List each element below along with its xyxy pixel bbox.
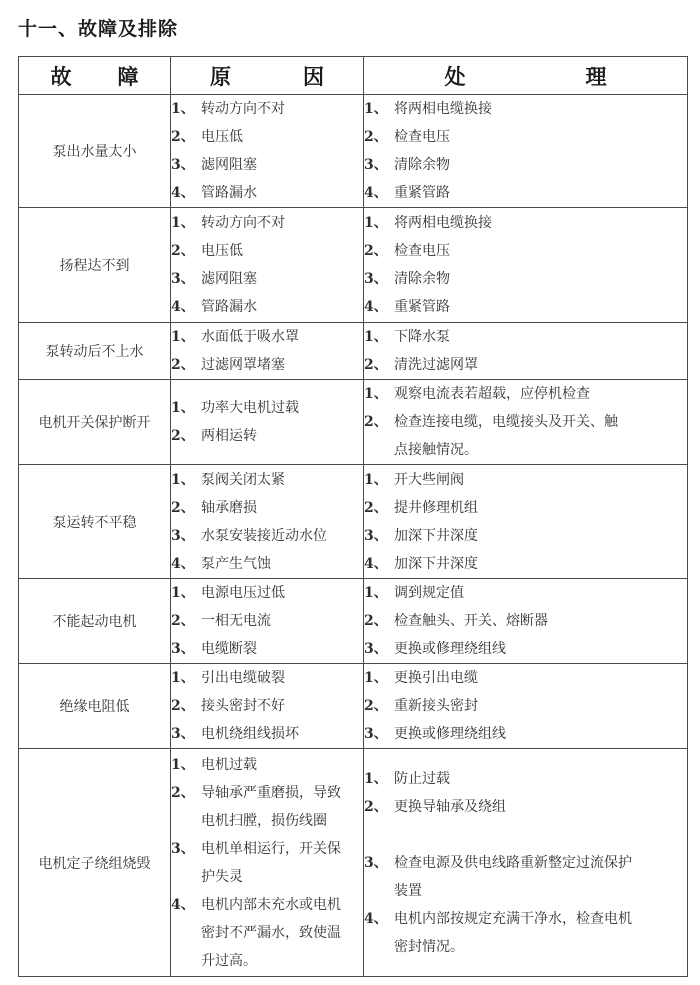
item-text: 清除余物 xyxy=(394,271,450,287)
item-number: 1、 xyxy=(364,664,394,692)
item-text: 加深下井深度 xyxy=(394,528,478,544)
table-row: 泵出水量太小1、转动方向不对2、电压低3、滤网阻塞4、管路漏水1、将两相电缆换接… xyxy=(19,95,688,208)
item-number: 2、 xyxy=(364,408,394,436)
item-number: 4、 xyxy=(364,550,394,578)
table-row: 泵转动后不上水1、水面低于吸水罩2、过滤网罩堵塞1、下降水泵2、清洗过滤网罩 xyxy=(19,323,688,380)
item-text: 电机扫膛，损伤线圈 xyxy=(171,807,363,835)
cause-item: 2、轴承磨损 xyxy=(171,494,363,522)
item-text: 电压低 xyxy=(201,129,243,145)
item-number: 1、 xyxy=(171,209,201,237)
cause-item: 1、转动方向不对 xyxy=(171,95,363,123)
item-number: 3、 xyxy=(171,835,201,863)
item-text: 开大些闸阀 xyxy=(394,472,464,488)
header-cause-char-1: 原 xyxy=(210,61,231,91)
remedy-cell: 1、更换引出电缆2、重新接头密封3、更换或修理绕组线 xyxy=(364,664,688,749)
item-text: 滤网阻塞 xyxy=(201,271,257,287)
remedy-item: 1、防止过载 xyxy=(364,765,687,793)
item-text: 水面低于吸水罩 xyxy=(201,329,299,345)
cause-item: 3、滤网阻塞 xyxy=(171,265,363,293)
remedy-cell: 1、观察电流表若超载，应停机检查2、检查连接电缆，电缆接头及开关、触点接触情况。 xyxy=(364,380,688,465)
table-header-row: 故障 原因 处理 xyxy=(19,57,688,95)
item-text: 检查电源及供电线路重新整定过流保护 xyxy=(394,855,632,871)
cause-item: 2、过滤网罩堵塞 xyxy=(171,351,363,379)
item-number: 4、 xyxy=(171,550,201,578)
item-text: 功率大电机过载 xyxy=(201,400,299,416)
cause-cell: 1、泵阀关闭太紧2、轴承磨损3、水泵安装接近动水位4、泵产生气蚀 xyxy=(171,465,364,579)
item-text: 过滤网罩堵塞 xyxy=(201,357,285,373)
item-text: 电机内部按规定充满干净水，检查电机 xyxy=(394,911,632,927)
item-text: 点接触情况。 xyxy=(364,436,687,464)
item-number: 3、 xyxy=(171,635,201,663)
item-text: 将两相电缆换接 xyxy=(394,101,492,117)
item-number: 2、 xyxy=(364,793,394,821)
item-text: 更换或修理绕组线 xyxy=(394,726,506,742)
fault-cell: 不能起动电机 xyxy=(19,579,171,664)
item-number: 1、 xyxy=(171,95,201,123)
item-text: 将两相电缆换接 xyxy=(394,215,492,231)
item-text: 电机绕组线损坏 xyxy=(201,726,299,742)
cause-item: 3、滤网阻塞 xyxy=(171,151,363,179)
item-number: 2、 xyxy=(171,237,201,265)
item-text: 两相运转 xyxy=(201,428,257,444)
item-number: 2、 xyxy=(364,607,394,635)
item-number: 3、 xyxy=(364,720,394,748)
cause-item: 1、电机过载 xyxy=(171,751,363,779)
item-text: 一相无电流 xyxy=(201,613,271,629)
table-row: 不能起动电机1、电源电压过低2、一相无电流3、电缆断裂1、调到规定值2、检查触头… xyxy=(19,579,688,664)
item-number: 2、 xyxy=(364,351,394,379)
remedy-item: 3、更换或修理绕组线 xyxy=(364,720,687,748)
remedy-item: 3、检查电源及供电线路重新整定过流保护装置 xyxy=(364,849,687,905)
fault-cell: 扬程达不到 xyxy=(19,208,171,323)
cause-item: 4、管路漏水 xyxy=(171,179,363,207)
cause-item: 1、水面低于吸水罩 xyxy=(171,323,363,351)
remedy-item: 4、重紧管路 xyxy=(364,179,687,207)
remedy-cell: 1、将两相电缆换接2、检查电压3、清除余物4、重紧管路 xyxy=(364,95,688,208)
item-number: 3、 xyxy=(364,151,394,179)
item-number: 2、 xyxy=(171,351,201,379)
remedy-item: 4、重紧管路 xyxy=(364,293,687,321)
cause-item: 3、电机绕组线损坏 xyxy=(171,720,363,748)
item-text: 引出电缆破裂 xyxy=(201,670,285,686)
item-text: 电源电压过低 xyxy=(201,585,285,601)
cause-cell: 1、电源电压过低2、一相无电流3、电缆断裂 xyxy=(171,579,364,664)
item-text: 接头密封不好 xyxy=(201,698,285,714)
cause-item: 3、电机单相运行，开关保护失灵 xyxy=(171,835,363,891)
item-number: 2、 xyxy=(364,692,394,720)
section-title: 十一、故障及排除 xyxy=(18,14,178,41)
item-number: 3、 xyxy=(364,849,394,877)
item-number: 1、 xyxy=(364,209,394,237)
item-number: 2、 xyxy=(364,494,394,522)
item-number: 3、 xyxy=(364,265,394,293)
header-remedy-char-1: 处 xyxy=(445,61,466,91)
item-number: 1、 xyxy=(364,579,394,607)
item-text: 轴承磨损 xyxy=(201,500,257,516)
item-text: 装置 xyxy=(364,877,687,905)
fault-cell: 泵转动后不上水 xyxy=(19,323,171,380)
fault-cell: 泵运转不平稳 xyxy=(19,465,171,579)
remedy-item: 4、电机内部按规定充满干净水，检查电机密封情况。 xyxy=(364,905,687,961)
header-fault: 故障 xyxy=(19,57,171,95)
item-number: 2、 xyxy=(171,494,201,522)
troubleshooting-table: 故障 原因 处理 泵出水量太小1、转动方向不对2、电压低3、滤网阻塞4、管路漏水… xyxy=(18,56,688,977)
item-number: 1、 xyxy=(171,466,201,494)
remedy-item: 1、更换引出电缆 xyxy=(364,664,687,692)
item-number: 3、 xyxy=(171,720,201,748)
item-number: 1、 xyxy=(171,664,201,692)
item-text: 转动方向不对 xyxy=(201,215,285,231)
item-number: 1、 xyxy=(364,765,394,793)
header-remedy-char-2: 理 xyxy=(586,61,607,91)
cause-item: 2、导轴承严重磨损，导致电机扫膛，损伤线圈 xyxy=(171,779,363,835)
cause-item: 2、接头密封不好 xyxy=(171,692,363,720)
table-row: 扬程达不到1、转动方向不对2、电压低3、滤网阻塞4、管路漏水1、将两相电缆换接2… xyxy=(19,208,688,323)
remedy-item: 1、下降水泵 xyxy=(364,323,687,351)
item-number: 4、 xyxy=(364,179,394,207)
item-number: 1、 xyxy=(171,751,201,779)
item-text: 清洗过滤网罩 xyxy=(394,357,478,373)
remedy-cell: 1、将两相电缆换接2、检查电压3、清除余物4、重紧管路 xyxy=(364,208,688,323)
cause-item: 2、两相运转 xyxy=(171,422,363,450)
remedy-item: 3、加深下井深度 xyxy=(364,522,687,550)
table-row: 电机定子绕组烧毁1、电机过载2、导轴承严重磨损，导致电机扫膛，损伤线圈3、电机单… xyxy=(19,749,688,977)
remedy-item: 1、调到规定值 xyxy=(364,579,687,607)
item-text: 检查触头、开关、熔断器 xyxy=(394,613,548,629)
item-number: 3、 xyxy=(171,522,201,550)
cause-cell: 1、转动方向不对2、电压低3、滤网阻塞4、管路漏水 xyxy=(171,208,364,323)
cause-item: 2、一相无电流 xyxy=(171,607,363,635)
table-row: 绝缘电阻低1、引出电缆破裂2、接头密封不好3、电机绕组线损坏1、更换引出电缆2、… xyxy=(19,664,688,749)
item-text: 调到规定值 xyxy=(394,585,464,601)
item-text: 密封不严漏水，致使温 xyxy=(171,919,363,947)
item-number: 1、 xyxy=(364,380,394,408)
item-text: 观察电流表若超载，应停机检查 xyxy=(394,386,590,402)
header-cause: 原因 xyxy=(171,57,364,95)
item-text: 检查电压 xyxy=(394,129,450,145)
item-text: 滤网阻塞 xyxy=(201,157,257,173)
remedy-item: 2、清洗过滤网罩 xyxy=(364,351,687,379)
item-number: 4、 xyxy=(364,905,394,933)
item-number: 2、 xyxy=(171,692,201,720)
item-text: 管路漏水 xyxy=(201,299,257,315)
cause-item: 1、泵阀关闭太紧 xyxy=(171,466,363,494)
item-text: 电缆断裂 xyxy=(201,641,257,657)
fault-cell: 电机定子绕组烧毁 xyxy=(19,749,171,977)
remedy-cell: 1、开大些闸阀2、提井修理机组3、加深下井深度4、加深下井深度 xyxy=(364,465,688,579)
item-number: 1、 xyxy=(364,466,394,494)
item-text: 重紧管路 xyxy=(394,299,450,315)
remedy-item: 1、将两相电缆换接 xyxy=(364,209,687,237)
fault-cell: 电机开关保护断开 xyxy=(19,380,171,465)
item-number: 4、 xyxy=(171,179,201,207)
item-text: 更换导轴承及绕组 xyxy=(394,799,506,815)
item-number: 2、 xyxy=(171,607,201,635)
cause-cell: 1、引出电缆破裂2、接头密封不好3、电机绕组线损坏 xyxy=(171,664,364,749)
item-number: 3、 xyxy=(171,265,201,293)
item-number: 1、 xyxy=(171,323,201,351)
header-fault-char-2: 障 xyxy=(118,61,139,91)
item-text: 更换引出电缆 xyxy=(394,670,478,686)
fault-cell: 绝缘电阻低 xyxy=(19,664,171,749)
item-number: 3、 xyxy=(364,635,394,663)
remedy-item: 3、清除余物 xyxy=(364,151,687,179)
cause-item: 1、转动方向不对 xyxy=(171,209,363,237)
header-fault-char-1: 故 xyxy=(51,61,72,91)
item-number: 4、 xyxy=(364,293,394,321)
remedy-cell: 1、调到规定值2、检查触头、开关、熔断器3、更换或修理绕组线 xyxy=(364,579,688,664)
item-number: 3、 xyxy=(171,151,201,179)
item-text: 泵产生气蚀 xyxy=(201,556,271,572)
cause-cell: 1、电机过载2、导轴承严重磨损，导致电机扫膛，损伤线圈3、电机单相运行，开关保护… xyxy=(171,749,364,977)
item-number: 2、 xyxy=(171,123,201,151)
cause-item: 2、电压低 xyxy=(171,123,363,151)
table-row: 电机开关保护断开1、功率大电机过载2、两相运转1、观察电流表若超载，应停机检查2… xyxy=(19,380,688,465)
header-cause-char-2: 因 xyxy=(303,61,324,91)
cause-item: 1、功率大电机过载 xyxy=(171,394,363,422)
item-number: 2、 xyxy=(364,123,394,151)
remedy-item: 1、观察电流表若超载，应停机检查 xyxy=(364,380,687,408)
cause-cell: 1、转动方向不对2、电压低3、滤网阻塞4、管路漏水 xyxy=(171,95,364,208)
table-body: 泵出水量太小1、转动方向不对2、电压低3、滤网阻塞4、管路漏水1、将两相电缆换接… xyxy=(19,95,688,977)
item-text: 下降水泵 xyxy=(394,329,450,345)
cause-item: 4、管路漏水 xyxy=(171,293,363,321)
remedy-item: 1、将两相电缆换接 xyxy=(364,95,687,123)
remedy-cell: 1、防止过载2、更换导轴承及绕组3、检查电源及供电线路重新整定过流保护装置4、电… xyxy=(364,749,688,977)
item-text: 电压低 xyxy=(201,243,243,259)
item-text: 更换或修理绕组线 xyxy=(394,641,506,657)
remedy-item: 2、重新接头密封 xyxy=(364,692,687,720)
cause-item: 1、引出电缆破裂 xyxy=(171,664,363,692)
cause-item: 1、电源电压过低 xyxy=(171,579,363,607)
item-text: 电机单相运行，开关保 xyxy=(201,841,341,857)
remedy-item: 2、更换导轴承及绕组 xyxy=(364,793,687,821)
remedy-cell: 1、下降水泵2、清洗过滤网罩 xyxy=(364,323,688,380)
item-text: 泵阀关闭太紧 xyxy=(201,472,285,488)
header-remedy: 处理 xyxy=(364,57,688,95)
cause-cell: 1、功率大电机过载2、两相运转 xyxy=(171,380,364,465)
item-text: 电机内部未充水或电机 xyxy=(201,897,341,913)
item-number: 1、 xyxy=(364,95,394,123)
remedy-item: 2、检查触头、开关、熔断器 xyxy=(364,607,687,635)
item-text: 重紧管路 xyxy=(394,185,450,201)
cause-cell: 1、水面低于吸水罩2、过滤网罩堵塞 xyxy=(171,323,364,380)
item-text: 升过高。 xyxy=(171,947,363,975)
item-number: 4、 xyxy=(171,293,201,321)
item-number: 1、 xyxy=(171,579,201,607)
item-text: 密封情况。 xyxy=(364,933,687,961)
item-number: 2、 xyxy=(364,237,394,265)
item-number: 3、 xyxy=(364,522,394,550)
table-row: 泵运转不平稳1、泵阀关闭太紧2、轴承磨损3、水泵安装接近动水位4、泵产生气蚀1、… xyxy=(19,465,688,579)
item-text: 提井修理机组 xyxy=(394,500,478,516)
item-text: 清除余物 xyxy=(394,157,450,173)
cause-item: 2、电压低 xyxy=(171,237,363,265)
item-text: 护失灵 xyxy=(171,863,363,891)
remedy-item: 3、清除余物 xyxy=(364,265,687,293)
item-text: 检查电压 xyxy=(394,243,450,259)
remedy-item: 2、检查电压 xyxy=(364,237,687,265)
item-number: 2、 xyxy=(171,422,201,450)
item-text: 电机过载 xyxy=(201,757,257,773)
item-number: 1、 xyxy=(171,394,201,422)
item-text: 重新接头密封 xyxy=(394,698,478,714)
spacer xyxy=(364,821,687,849)
item-number: 2、 xyxy=(171,779,201,807)
cause-item: 4、泵产生气蚀 xyxy=(171,550,363,578)
remedy-item: 2、检查连接电缆，电缆接头及开关、触点接触情况。 xyxy=(364,408,687,464)
remedy-item: 4、加深下井深度 xyxy=(364,550,687,578)
item-text: 管路漏水 xyxy=(201,185,257,201)
remedy-item: 2、检查电压 xyxy=(364,123,687,151)
remedy-item: 2、提井修理机组 xyxy=(364,494,687,522)
item-text: 转动方向不对 xyxy=(201,101,285,117)
item-number: 4、 xyxy=(171,891,201,919)
item-text: 加深下井深度 xyxy=(394,556,478,572)
cause-item: 4、电机内部未充水或电机密封不严漏水，致使温升过高。 xyxy=(171,891,363,975)
item-text: 水泵安装接近动水位 xyxy=(201,528,327,544)
remedy-item: 1、开大些闸阀 xyxy=(364,466,687,494)
item-number: 1、 xyxy=(364,323,394,351)
item-text: 检查连接电缆，电缆接头及开关、触 xyxy=(394,414,618,430)
cause-item: 3、水泵安装接近动水位 xyxy=(171,522,363,550)
cause-item: 3、电缆断裂 xyxy=(171,635,363,663)
item-text: 防止过载 xyxy=(394,771,450,787)
fault-cell: 泵出水量太小 xyxy=(19,95,171,208)
remedy-item: 3、更换或修理绕组线 xyxy=(364,635,687,663)
item-text: 导轴承严重磨损，导致 xyxy=(201,785,341,801)
